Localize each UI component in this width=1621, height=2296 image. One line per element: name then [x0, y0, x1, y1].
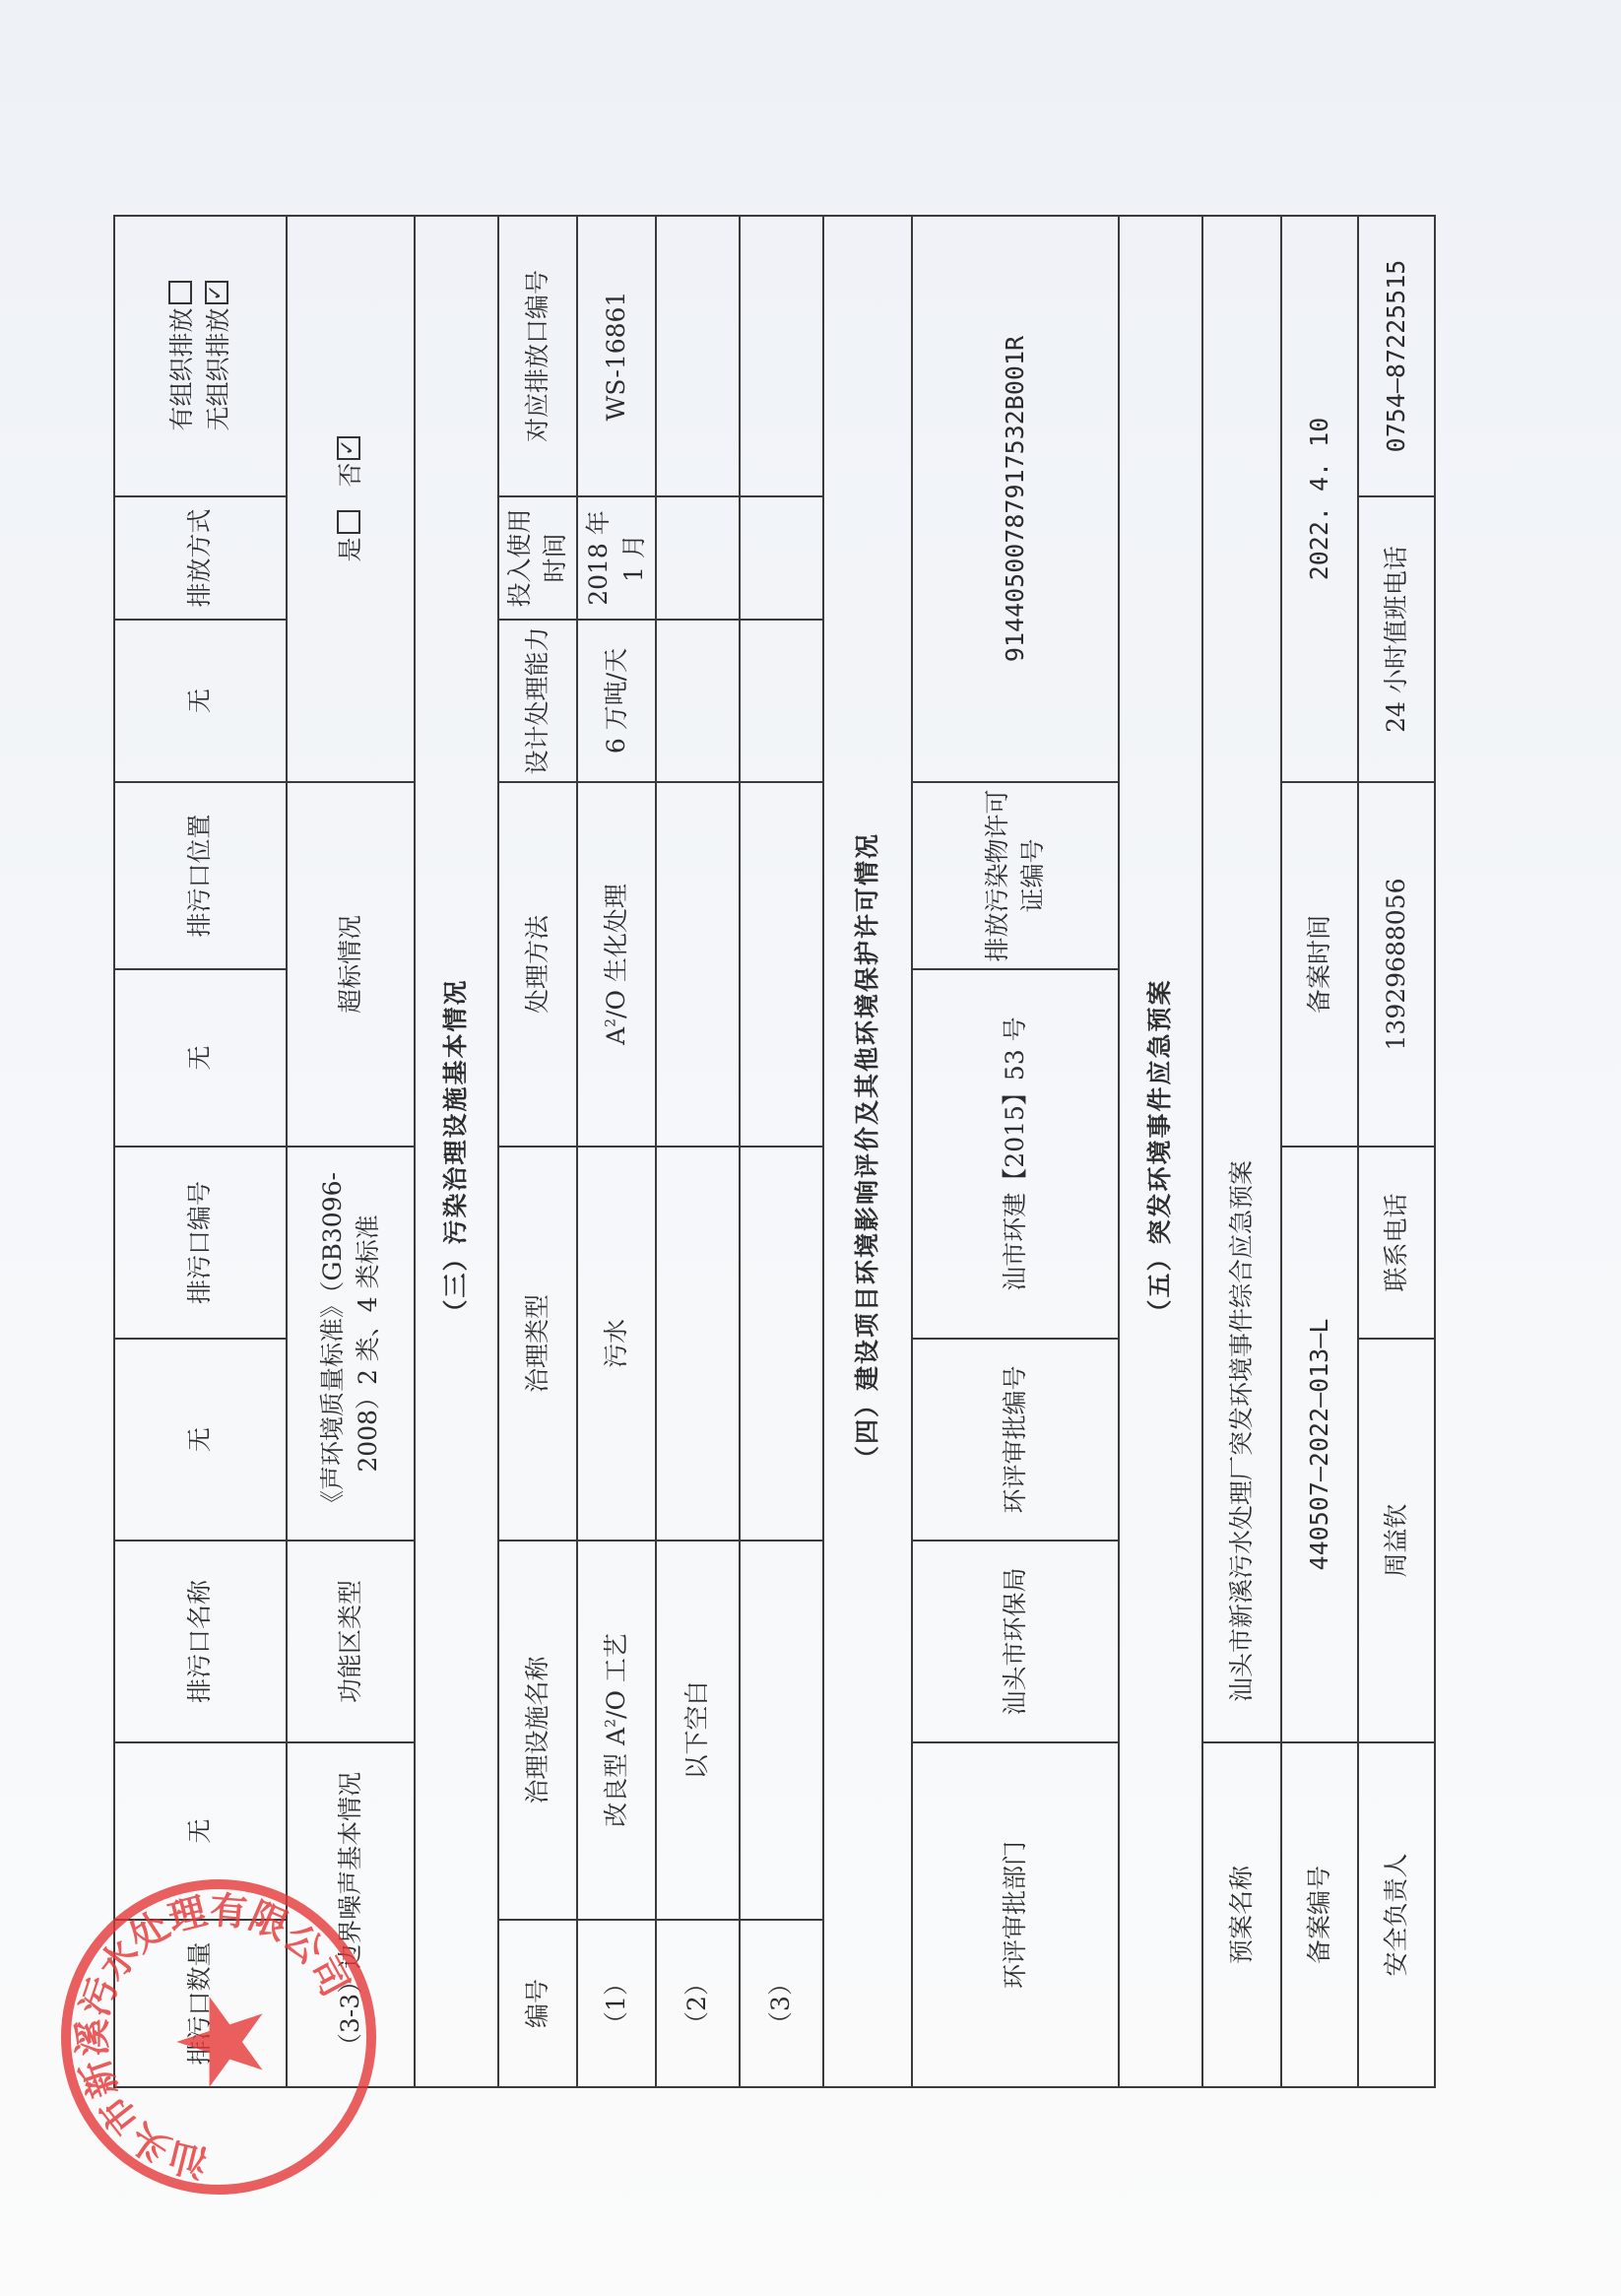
outlet-name-label: 排污口名称: [114, 1541, 287, 1742]
filing-no-label: 备案编号: [1281, 1742, 1358, 2087]
outlet-count-label: 排污口数量: [114, 1920, 287, 2087]
duty-phone-value: 0754—87225515: [1358, 216, 1435, 496]
filing-time-label: 备案时间: [1281, 782, 1358, 1147]
checkbox-yes-icon[interactable]: [337, 510, 360, 534]
filing-no-value: 440507—2022—013—L: [1281, 1147, 1358, 1742]
table-row: （3）: [740, 216, 823, 2087]
facilities-header-row: 编号 治理设施名称 治理类型 处理方法 设计处理能力 投入使用时间 对应排放口编…: [498, 216, 577, 2087]
plan-name-value: 汕头市新溪污水处理厂突发环境事件综合应急预案: [1202, 216, 1281, 1742]
plan-name-row: 预案名称 汕头市新溪污水处理厂突发环境事件综合应急预案: [1202, 216, 1281, 2087]
noise-outlet-row: 排污口数量 无 排污口名称 无 排污口编号 无 排污口位置 无 排放方式 有组织…: [114, 216, 287, 2087]
facility-cell-date: 2018 年 1 月: [577, 496, 656, 620]
duty-phone-label: 24 小时值班电话: [1358, 496, 1435, 782]
checkbox-organized-icon[interactable]: [168, 282, 192, 305]
checkbox-unorganized-icon[interactable]: [205, 282, 228, 305]
emergency-section-title: （五）突发环境事件应急预案: [1119, 216, 1202, 2087]
permit-no-value: 91440500787917532B001R: [912, 216, 1119, 782]
outlet-name-value: 无: [114, 1339, 287, 1541]
landscape-form-sheet: 排污口数量 无 排污口名称 无 排污口编号 无 排污口位置 无 排放方式 有组织…: [113, 217, 1436, 2088]
safety-person-value: 周益钦: [1358, 1339, 1435, 1742]
facility-cell-name: 改良型 A2/O 工艺: [577, 1541, 656, 1920]
approval-dept-label: 环评审批部门: [912, 1742, 1119, 2087]
facility-cell-no: （2）: [656, 1920, 740, 2087]
option-unorganized[interactable]: 无组织排放: [201, 223, 236, 490]
boundary-noise-label: （3-3）边界噪声基本情况: [287, 1742, 415, 2087]
discharge-mode-options: 有组织排放 无组织排放: [114, 216, 287, 496]
option-organized[interactable]: 有组织排放: [164, 223, 200, 490]
approval-dept-value: 汕头市环保局: [912, 1541, 1119, 1742]
facility-header-capacity: 设计处理能力: [498, 620, 577, 782]
exceed-options: 是 否: [287, 216, 415, 782]
facilities-section-title: （三）污染治理设施基本情况: [415, 216, 498, 2087]
eia-row: 环评审批部门 汕头市环保局 环评审批编号 汕市环建【2015】53 号 排放污染…: [912, 216, 1119, 2087]
facility-header-method: 处理方法: [498, 782, 577, 1147]
discharge-mode-label: 排放方式: [114, 496, 287, 620]
facility-cell-date: [740, 496, 823, 620]
facility-cell-method: [656, 782, 740, 1147]
filing-row: 备案编号 440507—2022—013—L 备案时间 2022. 4. 10: [1281, 216, 1358, 2087]
safety-person-label: 安全负责人: [1358, 1742, 1435, 2087]
checkbox-no-icon[interactable]: [337, 436, 360, 460]
facility-cell-date: [656, 496, 740, 620]
facility-header-type: 治理类型: [498, 1147, 577, 1541]
facility-cell-type: [740, 1147, 823, 1541]
outlet-number-label: 排污口编号: [114, 1147, 287, 1339]
environmental-info-form: 排污口数量 无 排污口名称 无 排污口编号 无 排污口位置 无 排放方式 有组织…: [113, 215, 1436, 2088]
contact-phone-value: 13929688056: [1358, 782, 1435, 1147]
outlet-count-value: 无: [114, 1742, 287, 1920]
boundary-noise-row: （3-3）边界噪声基本情况 功能区类型 《声环境质量标准》（GB3096-200…: [287, 216, 415, 2087]
facility-cell-name: [740, 1541, 823, 1920]
facility-cell-name: 以下空白: [656, 1541, 740, 1920]
facility-cell-no: （3）: [740, 1920, 823, 2087]
facility-header-outlet: 对应排放口编号: [498, 216, 577, 496]
facility-cell-outlet: [656, 216, 740, 496]
facility-cell-method: A2/O 生化处理: [577, 782, 656, 1147]
permit-no-label: 排放污染物许可证编号: [912, 782, 1119, 969]
facility-cell-capacity: 6 万吨/天: [577, 620, 656, 782]
table-row: （2） 以下空白: [656, 216, 740, 2087]
facility-cell-type: [656, 1147, 740, 1541]
emergency-section-row: （五）突发环境事件应急预案: [1119, 216, 1202, 2087]
zone-type-value: 《声环境质量标准》（GB3096-2008）2 类、4 类标准: [287, 1147, 415, 1541]
facility-cell-capacity: [740, 620, 823, 782]
facility-header-name: 治理设施名称: [498, 1541, 577, 1920]
facilities-section-row: （三）污染治理设施基本情况: [415, 216, 498, 2087]
facility-cell-capacity: [656, 620, 740, 782]
outlet-position-value: 无: [114, 620, 287, 782]
facility-header-no: 编号: [498, 1920, 577, 2087]
facility-cell-no: （1）: [577, 1920, 656, 2087]
facility-cell-outlet: WS-16861: [577, 216, 656, 496]
contact-row: 安全负责人 周益钦 联系电话 13929688056 24 小时值班电话 075…: [1358, 216, 1435, 2087]
eia-section-row: （四）建设项目环境影响评价及其他环境保护许可情况: [823, 216, 912, 2087]
exceed-label: 超标情况: [287, 782, 415, 1147]
zone-type-label: 功能区类型: [287, 1541, 415, 1742]
outlet-number-value: 无: [114, 969, 287, 1147]
outlet-position-label: 排污口位置: [114, 782, 287, 969]
eia-section-title: （四）建设项目环境影响评价及其他环境保护许可情况: [823, 216, 912, 2087]
contact-phone-label: 联系电话: [1358, 1147, 1435, 1339]
facility-cell-method: [740, 782, 823, 1147]
table-row: （1） 改良型 A2/O 工艺 污水 A2/O 生化处理 6 万吨/天 2018…: [577, 216, 656, 2087]
facility-cell-outlet: [740, 216, 823, 496]
approval-no-label: 环评审批编号: [912, 1339, 1119, 1541]
facility-header-date: 投入使用时间: [498, 496, 577, 620]
plan-name-label: 预案名称: [1202, 1742, 1281, 2087]
approval-no-value: 汕市环建【2015】53 号: [912, 969, 1119, 1339]
filing-time-value: 2022. 4. 10: [1281, 216, 1358, 782]
facility-cell-type: 污水: [577, 1147, 656, 1541]
